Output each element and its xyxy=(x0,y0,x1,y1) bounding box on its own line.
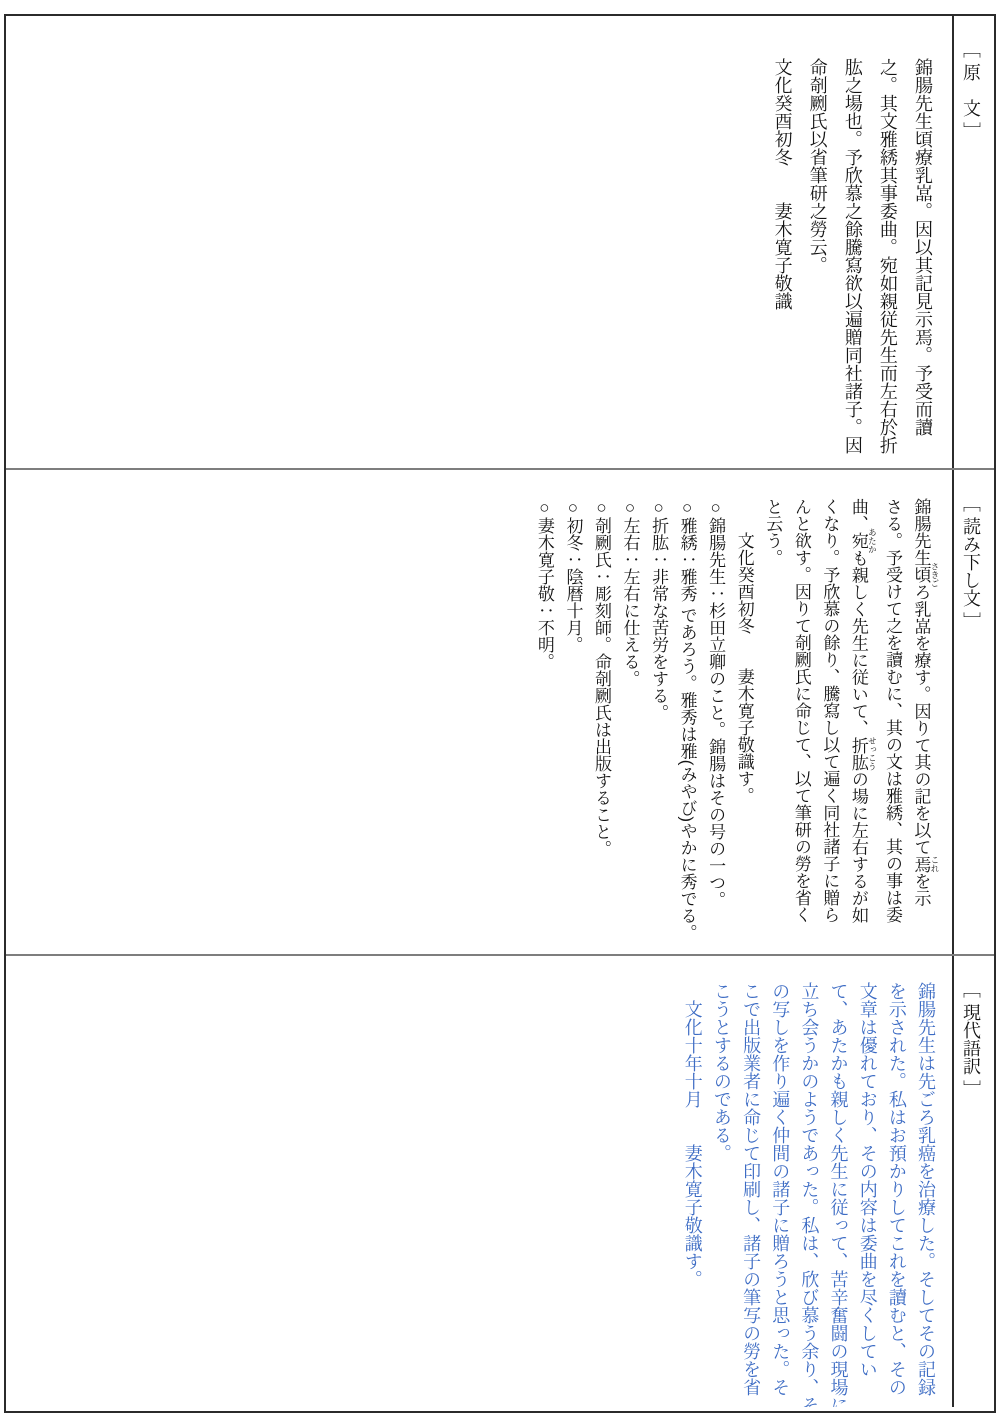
text-column: 之。其文雅綉其事委曲。宛如親従先生而左右於折 xyxy=(870,58,905,468)
text-column: ○初冬：陰暦十月。 xyxy=(558,498,587,954)
ruby-annotated-word: 焉これ xyxy=(912,856,931,873)
yomikudashi-text: 錦腸先生頃さきごろ乳嵓を療す。因りて其の記を以て焉これを示さる。予受けて之を讀む… xyxy=(6,470,952,954)
yomikudashi-label: ［ 読み下し文 ］ xyxy=(952,470,994,954)
text-column: 錦腸先生は先ごろ乳癌を治療した。そしてその記録 xyxy=(911,982,940,1407)
text-column: ○剞劂氏：彫刻師。命剞劂氏は出版すること。 xyxy=(586,498,615,954)
text-column: ○妻木寛子敬：不明。 xyxy=(529,498,558,954)
text-column: さる。予受けて之を讀むに、其の文は雅綉、其の事は委 xyxy=(877,498,906,954)
section-gendaigoyaku: 錦腸先生は先ごろ乳癌を治療した。そしてその記録を示された。私はお預かりしてこれを… xyxy=(6,954,994,1407)
text-column: 錦腸先生頃療乳嵓。因以其記見示焉。予受而讀 xyxy=(905,58,940,468)
furigana: せっこう xyxy=(867,737,877,771)
text-column: 錦腸先生頃さきごろ乳嵓を療す。因りて其の記を以て焉これを示 xyxy=(906,498,940,954)
text-column: 文化癸酉初冬 妻木寛子敬識 xyxy=(765,58,800,468)
text-column: ○雅綉：雅秀 であろう。雅秀は雅(みやび)やかに秀でる。 xyxy=(672,498,701,954)
text-column: こで出版業者に命じて印刷し、諸子の筆写の勞を省 xyxy=(736,982,765,1407)
text-column: 曲、宛あたかも親しく先生に従いて、折肱せっこうの場に左右するが如 xyxy=(843,498,877,954)
text-column: 文化十年十月 妻木寛子敬識す。 xyxy=(678,982,707,1407)
text-column: 文章は優れており、その内容は委曲を尽くしてい xyxy=(853,982,882,1407)
document-sheet: 錦腸先生頃療乳嵓。因以其記見示焉。予受而讀之。其文雅綉其事委曲。宛如親従先生而左… xyxy=(4,14,996,1413)
text-column: と云う。 xyxy=(758,498,787,954)
furigana: これ xyxy=(930,856,940,873)
text-column: を示された。私はお預かりしてこれを讀むと、その xyxy=(882,982,911,1407)
text-column: 立ち会うかのようであった。私は、欣び慕う余り、そ xyxy=(794,982,823,1407)
genbun-label: ［ 原 文 ］ xyxy=(952,16,994,468)
text-column: 肱之場也。予欣慕之餘騰寫欲以遍贈同社諸子。因 xyxy=(835,58,870,468)
ruby-annotated-word: 折肱せっこう xyxy=(849,737,868,771)
text-column: 命剞劂氏以省筆研之勞云。 xyxy=(800,58,835,468)
text-column: 文化癸酉初冬 妻木寛子敬識す。 xyxy=(729,498,758,954)
text-column: ○折肱：非常な苦労をする。 xyxy=(644,498,673,954)
gendaigoyaku-label: ［ 現代語訳 ］ xyxy=(952,956,994,1407)
ruby-annotated-word: 頃さきご xyxy=(912,566,931,584)
text-column: て、あたかも親しく先生に従って、苦辛奮闘の現場に xyxy=(823,982,852,1407)
gendaigoyaku-text: 錦腸先生は先ごろ乳癌を治療した。そしてその記録を示された。私はお預かりしてこれを… xyxy=(6,956,952,1407)
text-column: くなり。予欣慕の餘り、騰寫し以て遍く同社諸子に贈ら xyxy=(815,498,844,954)
furigana: あたか xyxy=(867,528,877,554)
text-column: ○錦腸先生：杉田立卿のこと。錦腸はその号の一つ。 xyxy=(701,498,730,954)
section-yomikudashi: 錦腸先生頃さきごろ乳嵓を療す。因りて其の記を以て焉これを示さる。予受けて之を讀む… xyxy=(6,468,994,954)
text-column: の写しを作り遍く仲間の諸子に贈ろうと思った。そ xyxy=(765,982,794,1407)
text-column: んと欲す。因りて剞劂氏に命じて、以て筆研の勞を省く xyxy=(786,498,815,954)
furigana: さきご xyxy=(930,562,940,588)
text-column: ○左右：左右に仕える。 xyxy=(615,498,644,954)
genbun-text: 錦腸先生頃療乳嵓。因以其記見示焉。予受而讀之。其文雅綉其事委曲。宛如親従先生而左… xyxy=(6,16,952,468)
ruby-annotated-word: 宛あたか xyxy=(849,532,868,550)
section-genbun: 錦腸先生頃療乳嵓。因以其記見示焉。予受而讀之。其文雅綉其事委曲。宛如親従先生而左… xyxy=(6,16,994,468)
text-column: こうとするのである。 xyxy=(707,982,736,1407)
